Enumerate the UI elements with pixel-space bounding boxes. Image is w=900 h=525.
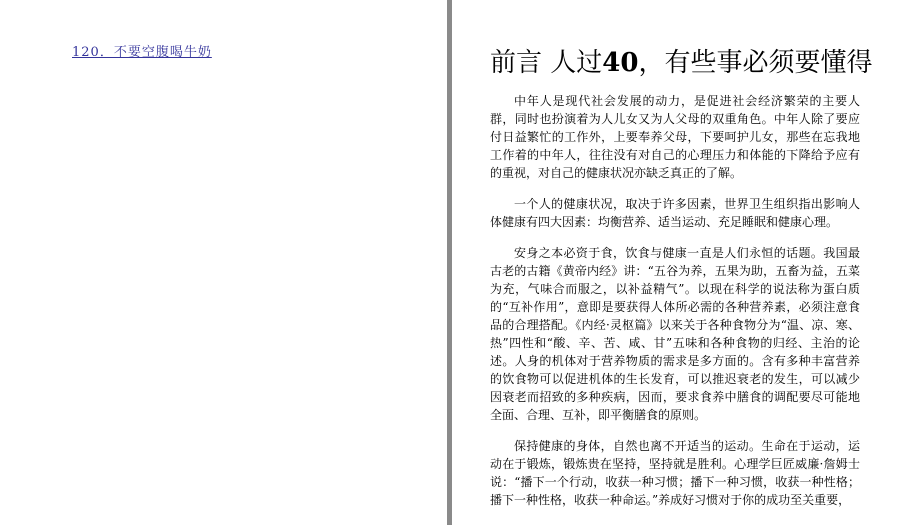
paragraph-1: 中年人是现代社会发展的动力，是促进社会经济繁荣的主要人群，同时也扮演着为人儿女又… [490,92,860,182]
chapter-title-prefix: 前言 人过 [490,48,602,78]
page-right: 前言 人过40，有些事必须要懂得 中年人是现代社会发展的动力，是促进社会经济繁荣… [452,0,900,525]
book-view: 120．不要空腹喝牛奶 前言 人过40，有些事必须要懂得 中年人是现代社会发展的… [0,0,900,525]
chapter-title-suffix: ，有些事必须要懂得 [638,48,872,78]
chapter-link-120[interactable]: 120．不要空腹喝牛奶 [72,41,212,60]
chapter-title-number: 40 [602,48,638,78]
chapter-title: 前言 人过40，有些事必须要懂得 [490,46,860,80]
paragraph-3: 安身之本必资于食，饮食与健康一直是人们永恒的话题。我国最古老的古籍《黄帝内经》讲… [490,244,860,424]
page-left: 120．不要空腹喝牛奶 [0,0,447,525]
paragraph-4: 保持健康的身体，自然也离不开适当的运动。生命在于运动，运动在于锻炼，锻炼贵在坚持… [490,437,860,509]
paragraph-2: 一个人的健康状况，取决于许多因素，世界卫生组织指出影响人体健康有四大因素：均衡营… [490,195,860,231]
page-content: 前言 人过40，有些事必须要懂得 中年人是现代社会发展的动力，是促进社会经济繁荣… [490,46,860,522]
